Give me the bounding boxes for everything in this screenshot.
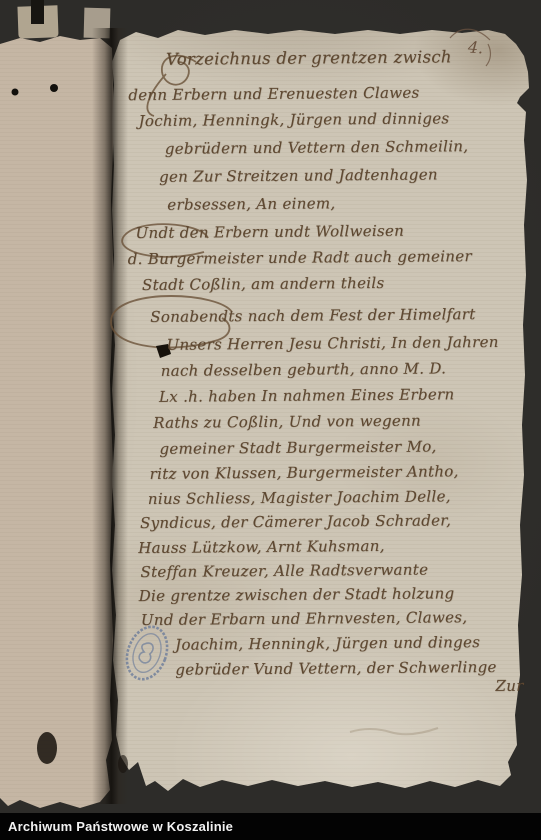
manuscript-line: d. Burgermeister unde Radt auch gemeiner (128, 247, 472, 268)
manuscript-line: Unsers Herren Jesu Christi, In den Jahre… (166, 333, 498, 354)
manuscript-text-block: Vorzeichnus der grentzen zwisch denn Erb… (0, 0, 541, 840)
manuscript-line: Und der Erbarn und Ehrnvesten, Clawes, (141, 608, 468, 629)
manuscript-line: Raths zu Coßlin, Und von wegenn (153, 412, 421, 432)
manuscript-line: gebrüder Vund Vettern, der Schwerlinge (175, 658, 496, 679)
manuscript-line: Undt den Erbern undt Wollweisen (135, 222, 404, 242)
manuscript-line: Vorzeichnus der grentzen zwisch (166, 47, 452, 68)
manuscript-line: nach desselben geburth, anno M. D. (161, 359, 447, 379)
archive-caption-bar: Archiwum Państwowe w Koszalinie (0, 813, 541, 840)
manuscript-line: gemeiner Stadt Burgermeister Mo, (159, 437, 436, 457)
manuscript-line: erbsessen, An einem, (167, 194, 335, 213)
manuscript-line: Steffan Kreuzer, Alle Radtsverwante (140, 561, 428, 582)
manuscript-line: Syndicus, der Cämerer Jacob Schrader, (140, 511, 451, 532)
catchword: Zur (495, 677, 523, 695)
manuscript-line: Joachim, Henningk, Jürgen und dinges (175, 633, 480, 654)
manuscript-line: Hauss Lützkow, Arnt Kuhsman, (138, 537, 385, 557)
folio-number: 4. (467, 37, 484, 57)
manuscript-line: nius Schliess, Magister Joachim Delle, (148, 487, 451, 508)
manuscript-line: Die grentze zwischen der Stadt holzung (139, 584, 455, 605)
manuscript-line: Lx .h. haben In nahmen Eines Erbern (159, 385, 455, 406)
manuscript-line: Sonabendts nach dem Fest der Himelfart (150, 305, 475, 326)
manuscript-line: Stadt Coßlin, am andern theils (142, 274, 385, 294)
archive-caption-label: Archiwum Państwowe w Koszalinie (8, 819, 233, 834)
manuscript-line: Jochim, Henningk, Jürgen und dinniges (138, 109, 449, 130)
manuscript-line: denn Erbern und Erenuesten Clawes (128, 84, 419, 105)
manuscript-line: ritz von Klussen, Burgermeister Antho, (150, 462, 459, 483)
manuscript-line: gen Zur Streitzen und Jadtenhagen (159, 165, 438, 185)
manuscript-line: gebrüdern und Vettern den Schmeilin, (165, 137, 469, 158)
